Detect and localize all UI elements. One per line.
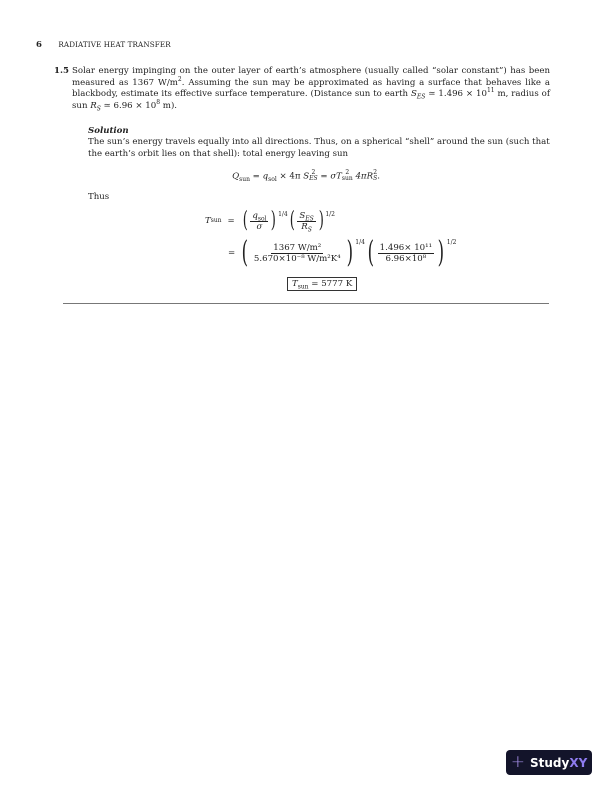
section-divider bbox=[63, 303, 549, 304]
energy-balance-equation: Qsun = qsol × 4π S2ES = σT2sun 4πR2S. bbox=[0, 170, 612, 182]
problem-number: 1.5 bbox=[54, 66, 69, 78]
page-number: 6 bbox=[36, 40, 42, 50]
thus-text: Thus bbox=[88, 192, 109, 202]
brand-name: StudyXY bbox=[530, 756, 587, 770]
studyxy-logo[interactable]: + StudyXY bbox=[506, 750, 592, 775]
solution-text: The sun’s energy travels equally into al… bbox=[88, 137, 550, 160]
solution-heading: Solution bbox=[88, 126, 129, 136]
plus-icon: + bbox=[511, 754, 525, 771]
running-title: RADIATIVE HEAT TRANSFER bbox=[58, 40, 170, 49]
problem-statement: 1.5 Solar energy impinging on the outer … bbox=[72, 66, 550, 112]
running-header: 6 RADIATIVE HEAT TRANSFER bbox=[36, 40, 171, 50]
final-answer-box: Tsun = 5777 K bbox=[287, 277, 357, 291]
